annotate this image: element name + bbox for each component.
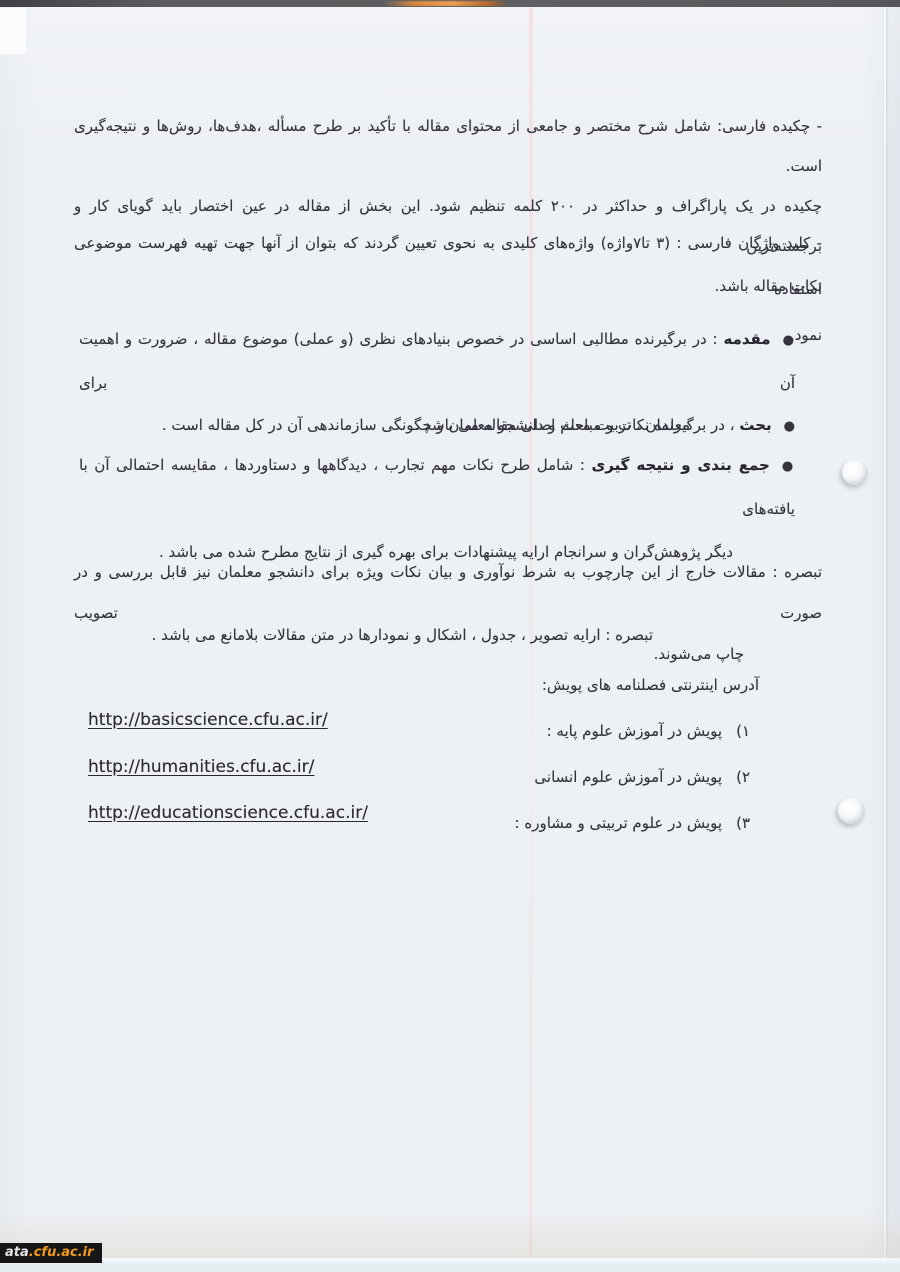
site-watermark: ata.cfu.ac.ir [0, 1243, 102, 1263]
bullet-icon: ● [784, 419, 795, 434]
journal-label-humanities: ۲)پویش در آموزش علوم انسانی [534, 768, 750, 786]
bullet-introduction-line-1: ●مقدمه : در برگیرنده مطالبی اساسی در خصو… [79, 318, 795, 404]
bullet-discussion-heading: بحث [739, 416, 771, 434]
bullet-discussion-text: ، در برگیرنده نکات و مباحث اصلی مقاله می… [415, 416, 740, 434]
note-scope-line-1: تبصره : مقالات خارج از این چارچوب به شرط… [74, 552, 822, 634]
note-figures: تبصره : ارایه تصویر ، جدول ، اشکال و نمو… [152, 626, 653, 644]
journal-number: ۱) [736, 722, 750, 740]
journal-name: پویش در علوم تربیتی و مشاوره : [515, 814, 723, 832]
journal-label-basic-science: ۱)پویش در آموزش علوم پایه : [547, 722, 750, 740]
journal-links-heading: آدرس اینترنتی فصلنامه های پویش: [542, 676, 759, 694]
journal-number: ۳) [736, 814, 750, 832]
bullet-conclusion-heading: جمع بندی و نتیجه گیری [591, 456, 769, 474]
journal-label-education-science: ۳)پویش در علوم تربیتی و مشاوره : [515, 814, 750, 832]
bullet-introduction-heading: مقدمه [723, 330, 770, 348]
bullet-introduction-text: : در برگیرنده مطالبی اساسی در خصوص بنیاد… [79, 330, 795, 392]
journal-number: ۲) [736, 768, 750, 786]
watermark-domain: .cfu.ac.ir [29, 1245, 94, 1260]
document-text-layer: - چکیده فارسی: شامل شرح مختصر و جامعی از… [0, 0, 900, 1272]
journal-url-basicscience[interactable]: http://basicscience.cfu.ac.ir/ [88, 710, 328, 730]
bottom-scan-shadow [0, 1212, 900, 1260]
note-scope: تبصره : مقالات خارج از این چارچوب به شرط… [74, 552, 822, 675]
bullet-icon: ● [782, 459, 795, 474]
scanned-page: - چکیده فارسی: شامل شرح مختصر و جامعی از… [0, 0, 900, 1272]
journal-url-educationscience[interactable]: http://educationscience.cfu.ac.ir/ [88, 803, 368, 823]
journal-name: پویش در آموزش علوم پایه : [547, 722, 722, 740]
watermark-prefix: ata [5, 1245, 29, 1260]
bottom-scan-glare [0, 1258, 900, 1268]
bullet-conclusion-line-1: ●جمع بندی و نتیجه گیری : شامل طرح نکات م… [79, 444, 795, 531]
bullet-discussion-line-1: ●بحث ، در برگیرنده نکات و مباحث اصلی مقا… [79, 404, 795, 448]
bullet-discussion: ●بحث ، در برگیرنده نکات و مباحث اصلی مقا… [79, 404, 795, 448]
note-figures-line-1: تبصره : ارایه تصویر ، جدول ، اشکال و نمو… [152, 626, 653, 644]
bullet-icon: ● [783, 333, 795, 348]
abstract-line-1: - چکیده فارسی: شامل شرح مختصر و جامعی از… [74, 106, 822, 186]
scanner-bottom-edge [0, 1268, 900, 1272]
keywords-line-1: - کلید واژگان فارسی : (۳ تا۷واژه) واژه‌ه… [74, 220, 822, 312]
journal-url-humanities[interactable]: http://humanities.cfu.ac.ir/ [88, 757, 314, 777]
journal-name: پویش در آموزش علوم انسانی [534, 768, 722, 786]
